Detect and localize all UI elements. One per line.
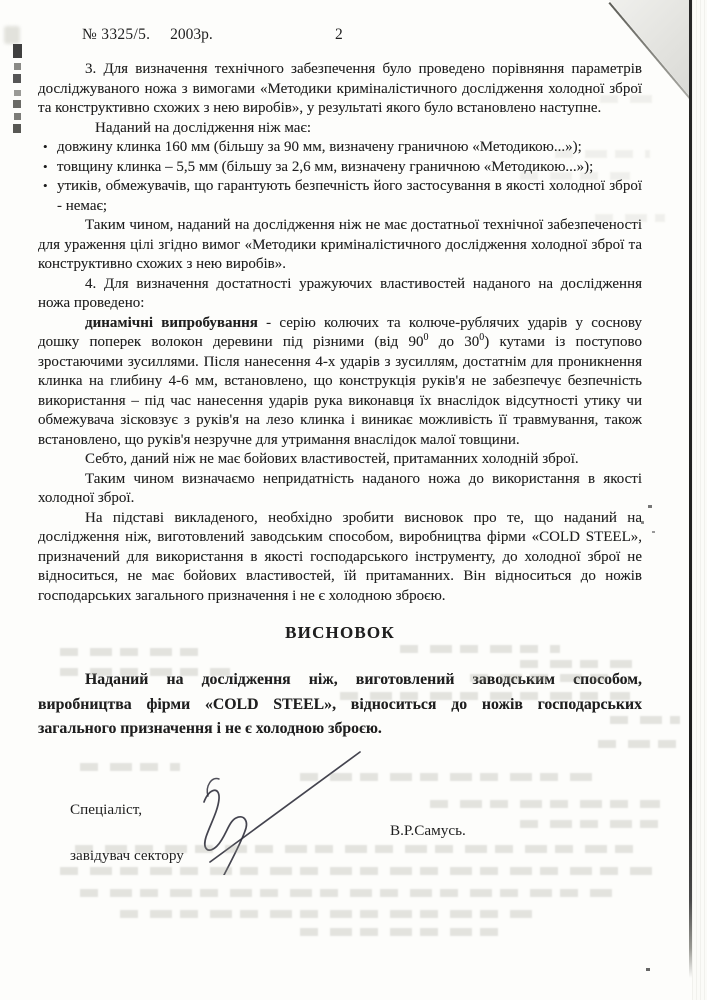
left-edge-mark xyxy=(14,90,21,96)
paragraph-4-damage-properties: 4. Для визначення достатності уражуючих … xyxy=(38,275,642,314)
bleed-through-noise xyxy=(610,716,680,724)
dynamic-tests-text-c: ) кутами із поступово зростаючими зусилл… xyxy=(38,334,642,448)
bleed-through-noise xyxy=(60,668,230,676)
document-year: 2003р. xyxy=(170,26,213,43)
signatory-name: В.Р.Самусь. xyxy=(390,822,466,840)
dynamic-tests-text-b: до 30 xyxy=(429,334,480,350)
left-edge-mark xyxy=(13,74,21,83)
paragraph-3-technical-comparison: 3. Для визначення технічного забезпеченн… xyxy=(38,60,642,119)
bleed-through-noise xyxy=(400,645,560,653)
dust-speck xyxy=(641,521,644,524)
paragraph-unfit-as-weapon: Таким чином визначаємо непридатність над… xyxy=(38,470,642,509)
paragraph-no-combat-properties: Себто, даний ніж не має бойових властиво… xyxy=(38,450,642,470)
dust-speck xyxy=(646,968,650,971)
bleed-through-noise xyxy=(60,648,210,656)
bleed-through-noise xyxy=(555,150,650,158)
paragraph-technical-conclusion: Таким чином, наданий на дослідження ніж … xyxy=(38,216,642,275)
page-header: № 3325/5. 2003р. 2 xyxy=(38,26,642,46)
scanned-document-page: № 3325/5. 2003р. 2 3. Для визначення тех… xyxy=(0,0,707,1000)
left-edge-mark xyxy=(14,113,21,120)
paragraph-dynamic-tests: динамічні випробування - серію колючих т… xyxy=(38,314,642,451)
bleed-through-noise xyxy=(430,800,660,808)
dust-speck xyxy=(652,531,655,533)
bleed-through-noise xyxy=(470,674,620,682)
knife-properties-intro: Наданий на дослідження ніж має: xyxy=(38,119,642,139)
bleed-through-noise xyxy=(520,660,640,668)
bleed-through-noise xyxy=(595,214,665,222)
left-edge-mark xyxy=(14,63,21,70)
bleed-through-noise xyxy=(120,910,540,918)
bleed-through-noise xyxy=(80,889,620,897)
bleed-through-noise xyxy=(300,773,600,781)
scanner-margin-strip xyxy=(692,0,707,1000)
left-edge-mark xyxy=(13,100,21,108)
bleed-through-noise xyxy=(75,845,635,853)
signatory-role: Спеціаліст, завідувач сектору xyxy=(70,798,184,867)
bleed-through-noise xyxy=(60,867,660,875)
dynamic-tests-lead: динамічні випробування xyxy=(85,315,258,331)
document-number: № 3325/5. xyxy=(82,26,150,43)
list-item-no-guard: утиків, обмежувачів, що гарантують безпе… xyxy=(57,177,642,216)
bleed-through-noise xyxy=(520,820,670,828)
bleed-through-noise xyxy=(600,95,660,103)
bleed-through-noise xyxy=(598,740,680,748)
bleed-through-noise xyxy=(520,172,630,180)
paragraph-basis-for-conclusion: На підставі викладеного, необхідно зроби… xyxy=(38,509,642,607)
conclusion-heading: ВИСНОВОК xyxy=(38,623,642,643)
left-edge-mark xyxy=(13,124,21,133)
bleed-through-noise xyxy=(300,928,500,936)
page-number: 2 xyxy=(335,26,343,44)
signatory-role-line1: Спеціаліст, xyxy=(70,801,142,818)
dust-speck xyxy=(648,505,652,508)
left-edge-mark xyxy=(13,44,22,58)
handwritten-signature xyxy=(168,740,378,875)
left-edge-smudge xyxy=(4,26,20,44)
bleed-through-noise xyxy=(80,763,180,771)
bleed-through-noise xyxy=(340,692,630,700)
